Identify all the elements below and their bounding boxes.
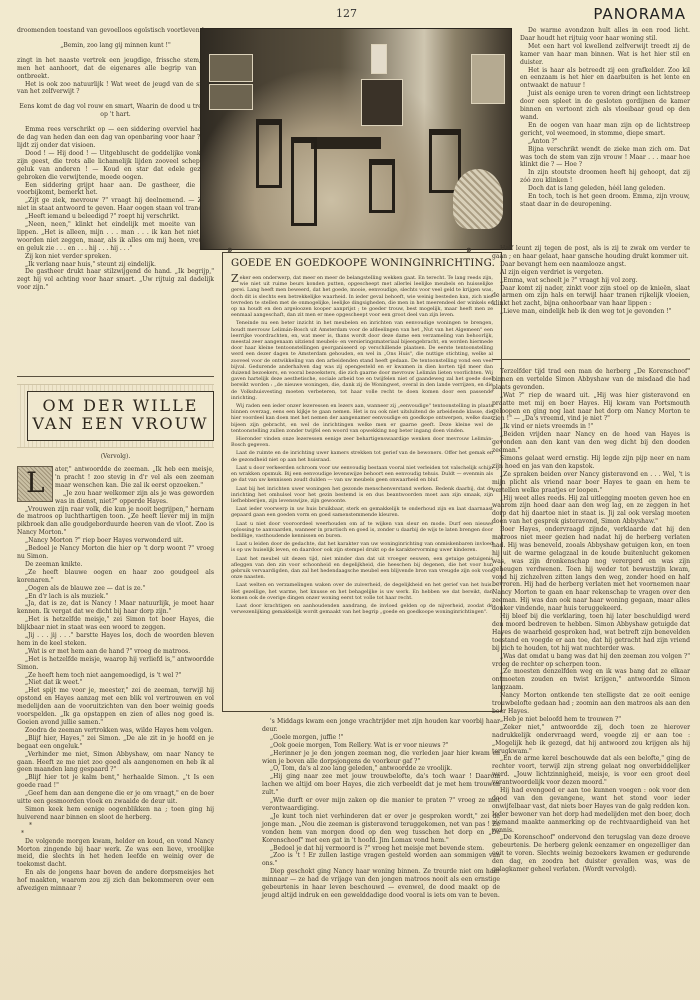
divider [492, 359, 690, 360]
paragraph: „Ik vind er niets vreemds in !" [492, 423, 690, 431]
paragraph: „Hij ging naar zee met jouw trouwbelofte… [262, 773, 500, 797]
paragraph: „Herinner je je den jongen zeeman nog, d… [262, 750, 500, 766]
story-title: OM DER WILLE VAN EEN VROUW [27, 391, 214, 441]
paragraph: „Emma, wat scheelt je ?" vraagt hij vol … [492, 277, 690, 285]
paragraph: „Goele morgen, juffie !" [262, 734, 500, 742]
paragraph: „Ik verlang naar huis," steunt zij einde… [17, 261, 214, 269]
paragraph: „Vrouwen zijn raar volk, die kun je nooi… [17, 506, 214, 538]
paragraph: Hij had evengoed er aan toe kunnen voege… [492, 787, 690, 834]
paragraph: „Het is hetzelfde meisje, waarop hij ver… [17, 656, 214, 672]
article-paragraph: Hieronder vinden onze lezeressen eenige … [231, 436, 493, 448]
paragraph: „Was dat omdat u bang was dat hij den ze… [492, 653, 690, 669]
story-title-line2: VAN EEN VROUW [28, 415, 213, 433]
paragraph: Simons gelaat werd ernstig. Hij legde zi… [492, 455, 690, 471]
paragraph: Hij bleef bij die verklaring, toen hij l… [492, 613, 690, 653]
paragraph: Daar bevangt hem een naamlooze angst. [492, 261, 690, 269]
paragraph: Half leunt zij tegen de post, als is zij… [492, 245, 690, 261]
paragraph: Met een hart vol kwellend zelfverwijt tr… [520, 43, 690, 67]
paragraph: „Anton ?" [520, 138, 690, 146]
article-title: GOEDE EN GOEDKOOPE WONINGINRICHTING. [231, 258, 495, 269]
paragraph: „Wat ?" riep de waard uit. „Hij was hier… [492, 392, 690, 424]
paragraph: Bijna verschrikt wendt de zieke man zich… [520, 146, 690, 170]
magazine-page: 127 PANORAMA droomenden toestand van gev… [0, 0, 700, 1000]
drop-cap-letter: L [26, 467, 45, 499]
boxed-article: GOEDE EN GOEDKOOPE WONINGINRICHTING. Zek… [222, 252, 502, 712]
paragraph: En de oogen van haar man zijn op de lich… [520, 122, 690, 138]
paragraph: „Nancy Morton ?" riep boer Hayes verwond… [17, 537, 214, 545]
paragraph: „Heeft iemand u beleedigd ?" roept hij v… [17, 213, 214, 221]
paragraph: Emma rees verschrikt op — een siddering … [17, 126, 214, 150]
middle-column-story: 's Middags kwam een jonge vrachtrijder m… [262, 718, 500, 900]
page-number: 127 [336, 7, 357, 20]
ornament-icon: ๑ [466, 242, 472, 256]
paragraph: En als de jongens haar boven de andere d… [17, 869, 214, 893]
paragraph: 's Middags kwam een jonge vrachtrijder m… [262, 718, 500, 734]
article-paragraph: Laat welten en verzamelingen waken over … [231, 582, 493, 601]
paragraph: „Ze heeft hem toch niet aangemoedigd, is… [17, 672, 214, 680]
paragraph: droomenden toestand van gevoelloos egoïs… [17, 27, 214, 35]
paragraph: „Jij . . . jij . . ." barstte Hayes los,… [17, 632, 214, 648]
paragraph: Het is ook zoo natuurlijk ! Wat weet de … [17, 81, 214, 97]
article-paragraph: Teneinde nu een beter inzicht in het meu… [231, 320, 493, 401]
paragraph: „Ja, dat is ze, dat is Nancy ! Maar natu… [17, 600, 214, 616]
wall-picture [209, 84, 253, 110]
right-column-wide: Half leunt zij tegen de post, als is zij… [492, 245, 690, 316]
paragraph: „Lieve man, eindelijk heb ik den weg tot… [492, 308, 690, 316]
right-column-top: De warme avondzon hult alles in een rood… [520, 27, 690, 209]
paragraph: „Ze heeft blauwe oogen en haar zoo goudg… [17, 569, 214, 585]
paragraph: De volgende morgen kwam, helder en koud,… [17, 838, 214, 870]
verse: „Bemin, zoo lang gij minnen kunt !" [17, 42, 214, 50]
story-title-banner: OM DER WILLE VAN EEN VROUW [17, 384, 214, 448]
drop-cap: L [17, 466, 55, 502]
paragraph: Daar komt zij nader, zinkt voor zijn sto… [492, 285, 690, 309]
paragraph: In zijn stoutste droomen heeft hij gehoo… [520, 169, 690, 185]
paragraph: Boer Hayes, ondervraagd zijnde, verklaar… [492, 526, 690, 613]
wall-picture [209, 54, 253, 82]
paragraph: „Ze spraken beiden over Nancy gisteravon… [492, 471, 690, 495]
article-paragraph: Laat u door verkeerden schroom voor uw e… [231, 465, 493, 484]
paragraph: Juist als eenige uren te voren dringt ee… [520, 90, 690, 122]
paragraph: „Verhinder me niet, Simon Abbyshaw, om n… [17, 751, 214, 775]
paragraph: „Het spijt me voor je, meester," zei de … [17, 687, 214, 727]
paragraph: De warme avondzon hult alles in een rood… [520, 27, 690, 43]
paragraph: „En d'r lach is als muziek." [17, 593, 214, 601]
paragraph: „Blijf hier, Hayes," zei Simon. „De ale … [17, 735, 214, 751]
paragraph: „En de arme kerel beschouwde dat als een… [492, 755, 690, 787]
article-paragraph: Laat de ruimte en de inrichting uwer kam… [231, 450, 493, 462]
chair [256, 119, 282, 188]
wall-picture [471, 54, 505, 104]
paragraph: zingt in het naaste vertrek een jeugdige… [17, 57, 214, 81]
chair [291, 137, 317, 226]
paragraph: „Wie durft er over mijn zaken op die man… [262, 797, 500, 813]
paragraph: „Ze moesten denzelfden weg en ik was ban… [492, 668, 690, 692]
paragraph: „Zijt ge ziek, mevrouw ?" vraagt hij dee… [17, 197, 214, 213]
article-paragraph: Laat u niet door vooroordeel weerhouden … [231, 521, 493, 540]
paragraph: Zoodra de zeeman vertrokken was, wilde H… [17, 727, 214, 735]
paragraph: Nancy Morton ontkende ten stelligste dat… [492, 692, 690, 716]
paragraph: „Heb je niet beloofd hem te trouwen ?" [492, 716, 690, 724]
article-paragraph: Laat het meubel uit dezen tijd, niet min… [231, 556, 493, 581]
article-paragraph: Laat bij het inrichten uwer woningen het… [231, 486, 493, 505]
paragraph: „Hij weet alles reeds. Hij zal uitleggin… [492, 495, 690, 527]
article-drop-cap: Z [231, 275, 239, 283]
divider [17, 376, 214, 377]
paragraph: Al zijn eigen verdriet is vergeten. [492, 269, 690, 277]
cushion [453, 169, 503, 229]
paragraph: „De Korenschoof" ondervond den terugslag… [492, 834, 690, 874]
ornament-icon: ๑ [227, 242, 233, 256]
paragraph: Simon keek hem eenige oogenblikken na ; … [17, 806, 214, 822]
article-paragraph: Wij raden een ieder onzer lezeressen en … [231, 403, 493, 434]
paragraph: Het is haar als betreedt zij een grafkel… [520, 67, 690, 91]
masthead: PANORAMA [593, 5, 686, 23]
paragraph: „Bedoel je Nancy Morton die hier op 't d… [17, 545, 214, 561]
article-paragraph: Laat ieder voorwerp in uw huis bruikbaar… [231, 506, 493, 518]
paragraph: Doch dat is lang geleden, héél lang gele… [520, 185, 690, 193]
paragraph: De gastheer drukt haar stilzwijgend de h… [17, 268, 214, 292]
table [311, 137, 381, 149]
paragraph: „Blijf hier tot je kalm bent," herhaalde… [17, 774, 214, 790]
paragraph: Dood ! — Hij dood ! — Uitgebluscht de go… [17, 150, 214, 182]
section-break: * * [17, 822, 214, 838]
paragraph: En toch, toch is het geen droom. Emma, z… [520, 193, 690, 209]
continued-label: (Vervolg). [17, 453, 214, 460]
chair [369, 159, 395, 213]
paragraph: „Ook goeie morgen, Tom Rellery. Wat is e… [262, 742, 500, 750]
paragraph: De zeeman knikte. [17, 561, 214, 569]
paragraph: „Geef hem dan aan dengene die er je om v… [17, 790, 214, 806]
paragraph: „Zoo is 't ! Er zullen lastige vragen ge… [262, 852, 500, 868]
right-column-story: Terzelfder tijd trad een man de herberg … [492, 368, 690, 874]
paragraph: „Niet dat ik weet." [17, 679, 214, 687]
paragraph: Terzelfder tijd trad een man de herberg … [492, 368, 690, 392]
paragraph: „Wat is er met hem aan de hand ?" vroeg … [17, 648, 214, 656]
paragraph: „Het is hetzelfde meisje," zei Simon tot… [17, 616, 214, 632]
story-title-line1: OM DER WILLE [28, 397, 213, 415]
article-paragraph: Laat u leiden door de gedachte, dat het … [231, 541, 493, 553]
paragraph: „O, Tom, da's al zoo lang geleden," antw… [262, 765, 500, 773]
interior-photo [200, 28, 512, 250]
paragraph: „Neen, neen," klinkt het eindelijk met m… [17, 221, 214, 253]
paragraph: „Beiden vrijden naar Nancy en de hoed va… [492, 431, 690, 455]
article-paragraph: eker een onderwerp, dat meer en meer de … [231, 275, 493, 318]
article-body: Zeker een onderwerp, dat meer en meer de… [231, 275, 493, 617]
paragraph: „Zeker niet," antwoordde zij, doch toen … [492, 724, 690, 756]
article-paragraph: Laat door krachtigen en aanhoudenden aan… [231, 603, 493, 615]
paragraph: „Oogen als de blauwe zee — dat is ze." [17, 585, 214, 593]
paragraph: „Bedoel je dat hij vermoord is ?" vroeg … [262, 845, 500, 853]
paragraph: Diep geschokt ging Nancy haar woning bin… [262, 868, 500, 900]
paragraph: Een siddering grijpt haar aan. De gasthe… [17, 182, 214, 198]
left-column-story: L ater," antwoordde de zeeman. „Ik heb e… [17, 466, 214, 893]
wall-picture [371, 44, 387, 74]
verse: Eens komt de dag vol rouw en smart, Waar… [17, 103, 214, 119]
paragraph: „Je kunt toch niet verhinderen dat er ov… [262, 813, 500, 845]
dresser [361, 79, 403, 126]
paragraph: Zij kon niet verder spreken. [17, 253, 214, 261]
left-column-top: droomenden toestand van gevoelloos egoïs… [17, 27, 214, 292]
